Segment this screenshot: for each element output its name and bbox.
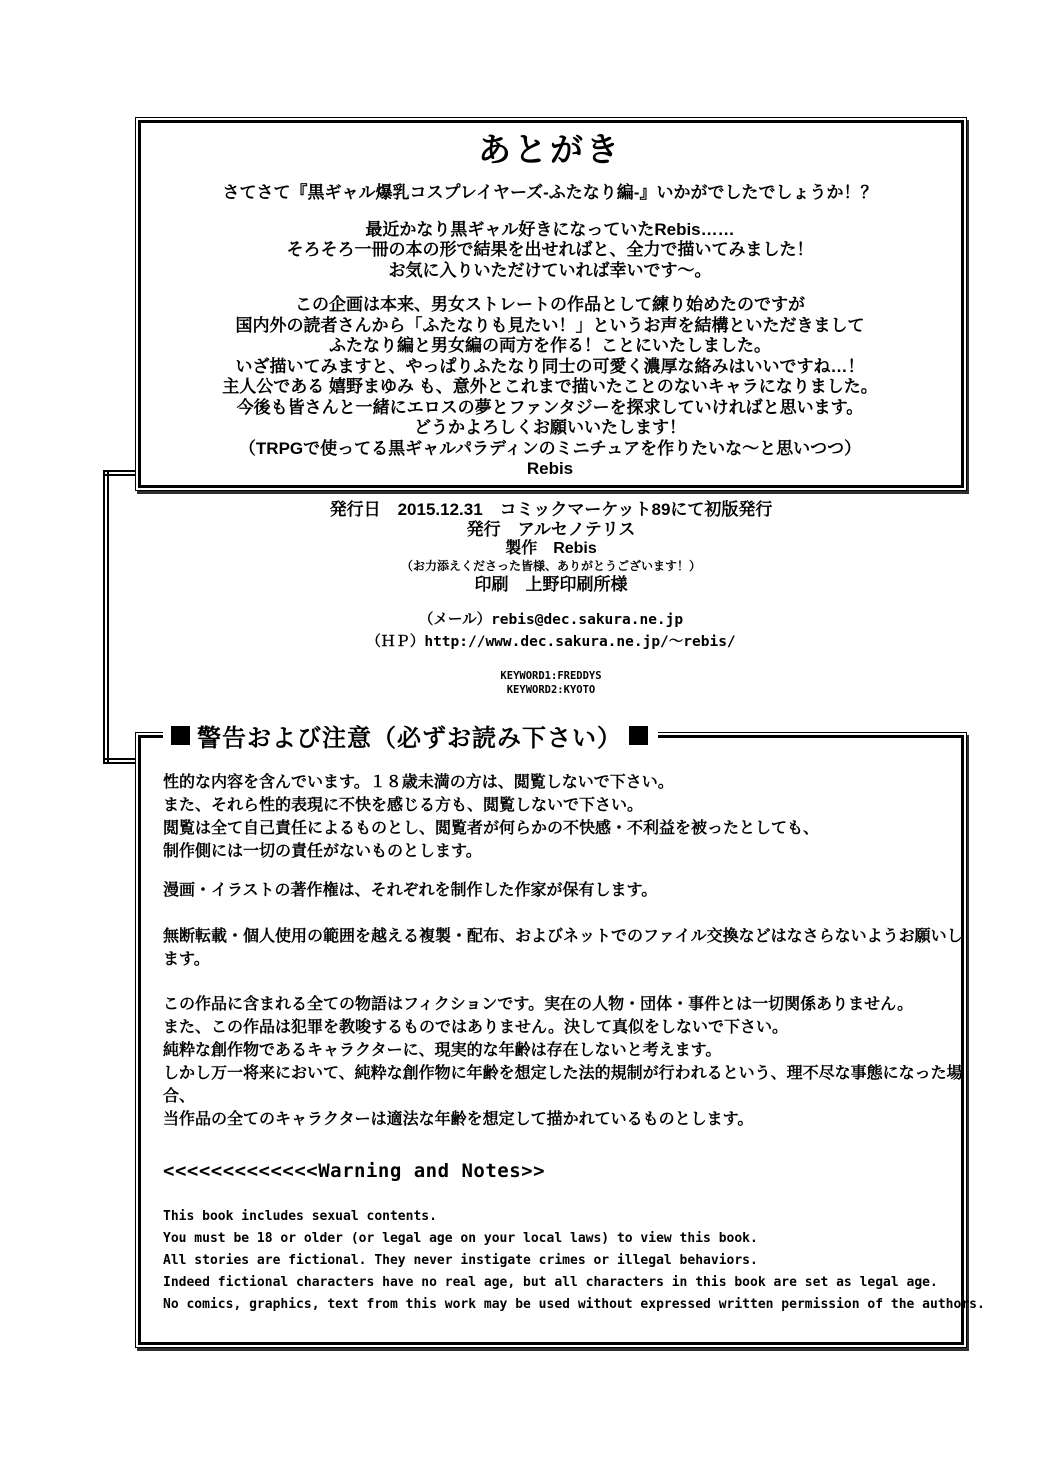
afterword-line: （TRPGで使ってる黒ギャルパラディンのミニチュアを作りたいな～と思いつつ） xyxy=(137,439,963,460)
warning-line: 閲覧は全て自己責任によるものとし、閲覧者が何らかの不快感・不利益を被ったとしても… xyxy=(163,817,963,840)
warning-content: 性的な内容を含んでいます。１８歳未満の方は、閲覧しないで下さい。 また、それら性… xyxy=(163,771,963,1316)
warning-line: 無断転載・個人使用の範囲を越える複製・配布、およびネットでのファイル交換などはな… xyxy=(163,925,963,971)
warning-line: 制作側には一切の責任がないものとします。 xyxy=(163,840,963,863)
scanned-afterword-page: あとがき さてさて『黒ギャル爆乳コスプレイヤーズ-ふたなり編-』いかがでしたでし… xyxy=(0,0,1050,1469)
afterword-signature: Rebis xyxy=(137,459,963,480)
english-warning-heading: <<<<<<<<<<<<<Warning and Notes>> xyxy=(163,1156,963,1186)
afterword-line: 最近かなり黒ギャル好きになっていたRebis…… xyxy=(137,220,963,241)
warning-line: しかし万一将来において、純粋な創作物に年齢を想定した法的規制が行われるという、理… xyxy=(163,1062,963,1108)
afterword-paragraph: 最近かなり黒ギャル好きになっていたRebis…… そろそろ一冊の本の形で結果を出… xyxy=(137,220,963,282)
bracket-top-line xyxy=(103,470,139,476)
warning-line: 当作品の全てのキャラクターは適法な年齢を想定して描かれているものとします。 xyxy=(163,1108,963,1131)
afterword-line: 今後も皆さんと一緒にエロスの夢とファンタジーを探求していければと思います。 xyxy=(137,398,963,419)
afterword-line: この企画は本来、男女ストレートの作品として練り始めたのですが xyxy=(137,295,963,316)
english-warning-lines: This book includes sexual contents. You … xyxy=(163,1206,963,1316)
afterword-line: ふたなり編と男女編の両方を作る！ことにいたしました。 xyxy=(137,336,963,357)
keyword-2: KEYWORD2:KYOTO xyxy=(135,683,967,697)
keyword-1: KEYWORD1:FREDDYS xyxy=(135,669,967,683)
publish-date: 発行日 2015.12.31 コミックマーケット89にて初版発行 xyxy=(135,500,967,520)
warning-line: また、それら性的表現に不快を感じる方も、閲覧しないで下さい。 xyxy=(163,794,963,817)
black-square-icon xyxy=(629,726,648,745)
english-warning-line: Indeed fictional characters have no real… xyxy=(163,1272,963,1294)
warning-line: 漫画・イラストの著作権は、それぞれを制作した作家が保有します。 xyxy=(163,879,963,902)
english-warning-line: All stories are fictional. They never in… xyxy=(163,1250,963,1272)
printer-credit: 印刷 上野印刷所様 xyxy=(135,574,967,595)
homepage-url: （ＨＰ）http://www.dec.sakura.ne.jp/～rebis/ xyxy=(135,631,967,654)
afterword-line: そろそろ一冊の本の形で結果を出せればと、全力で描いてみました！ xyxy=(137,240,963,261)
warning-header-text: 警告および注意（必ずお読み下さい） xyxy=(197,718,622,753)
warning-line: 性的な内容を含んでいます。１８歳未満の方は、閲覧しないで下さい。 xyxy=(163,771,963,794)
english-warning-line: No comics, graphics, text from this work… xyxy=(163,1294,963,1316)
afterword-line: お気に入りいただけていれば幸いです～。 xyxy=(137,261,963,282)
production-credit: 製作 Rebis xyxy=(135,540,967,558)
warning-line: この作品に含まれる全ての物語はフィクションです。実在の人物・団体・事件とは一切関… xyxy=(163,993,963,1016)
warning-header: 警告および注意（必ずお読み下さい） xyxy=(163,712,658,758)
afterword-paragraph: （TRPGで使ってる黒ギャルパラディンのミニチュアを作りたいな～と思いつつ） R… xyxy=(137,439,963,480)
afterword-line: どうかよろしくお願いいたします！ xyxy=(137,418,963,439)
warning-line: 純粋な創作物であるキャラクターに、現実的な年齢は存在しないと考えます。 xyxy=(163,1039,963,1062)
english-warning-line: You must be 18 or older (or legal age on… xyxy=(163,1228,963,1250)
publisher: 発行 アルセノテリス xyxy=(135,520,967,540)
warning-paragraph: 性的な内容を含んでいます。１８歳未満の方は、閲覧しないで下さい。 また、それら性… xyxy=(163,771,963,863)
afterword-paragraph: この企画は本来、男女ストレートの作品として練り始めたのですが 国内外の読者さんか… xyxy=(137,295,963,439)
bracket-vertical-line xyxy=(103,472,109,762)
warning-line: また、この作品は犯罪を教唆するものではありません。決して真似をしないで下さい。 xyxy=(163,1016,963,1039)
afterword-content: あとがき さてさて『黒ギャル爆乳コスプレイヤーズ-ふたなり編-』いかがでしたでし… xyxy=(137,122,963,480)
afterword-intro: さてさて『黒ギャル爆乳コスプレイヤーズ-ふたなり編-』いかがでしたでしょうか！？ xyxy=(137,183,963,204)
afterword-line: 国内外の読者さんから「ふたなりも見たい！」というお声を結構といただきまして xyxy=(137,316,963,337)
black-square-icon xyxy=(171,726,190,745)
colophon: 発行日 2015.12.31 コミックマーケット89にて初版発行 発行 アルセノ… xyxy=(135,500,967,697)
warning-paragraph: この作品に含まれる全ての物語はフィクションです。実在の人物・団体・事件とは一切関… xyxy=(163,993,963,1131)
afterword-title: あとがき xyxy=(137,130,963,170)
thanks-note: （お力添えくださった皆様、ありがとうございます！） xyxy=(135,558,967,574)
afterword-line: いざ描いてみますと、やっぱりふたなり同士の可愛く濃厚な絡みはいいですね…！ xyxy=(137,357,963,378)
afterword-line: 主人公である 嬉野まゆみ も、意外とこれまで描いたことのないキャラになりました。 xyxy=(137,377,963,398)
warning-paragraph: 漫画・イラストの著作権は、それぞれを制作した作家が保有します。 xyxy=(163,879,963,902)
contact-email: （メール）rebis@dec.sakura.ne.jp xyxy=(135,609,967,631)
english-warning-line: This book includes sexual contents. xyxy=(163,1206,963,1228)
warning-paragraph: 無断転載・個人使用の範囲を越える複製・配布、およびネットでのファイル交換などはな… xyxy=(163,925,963,971)
